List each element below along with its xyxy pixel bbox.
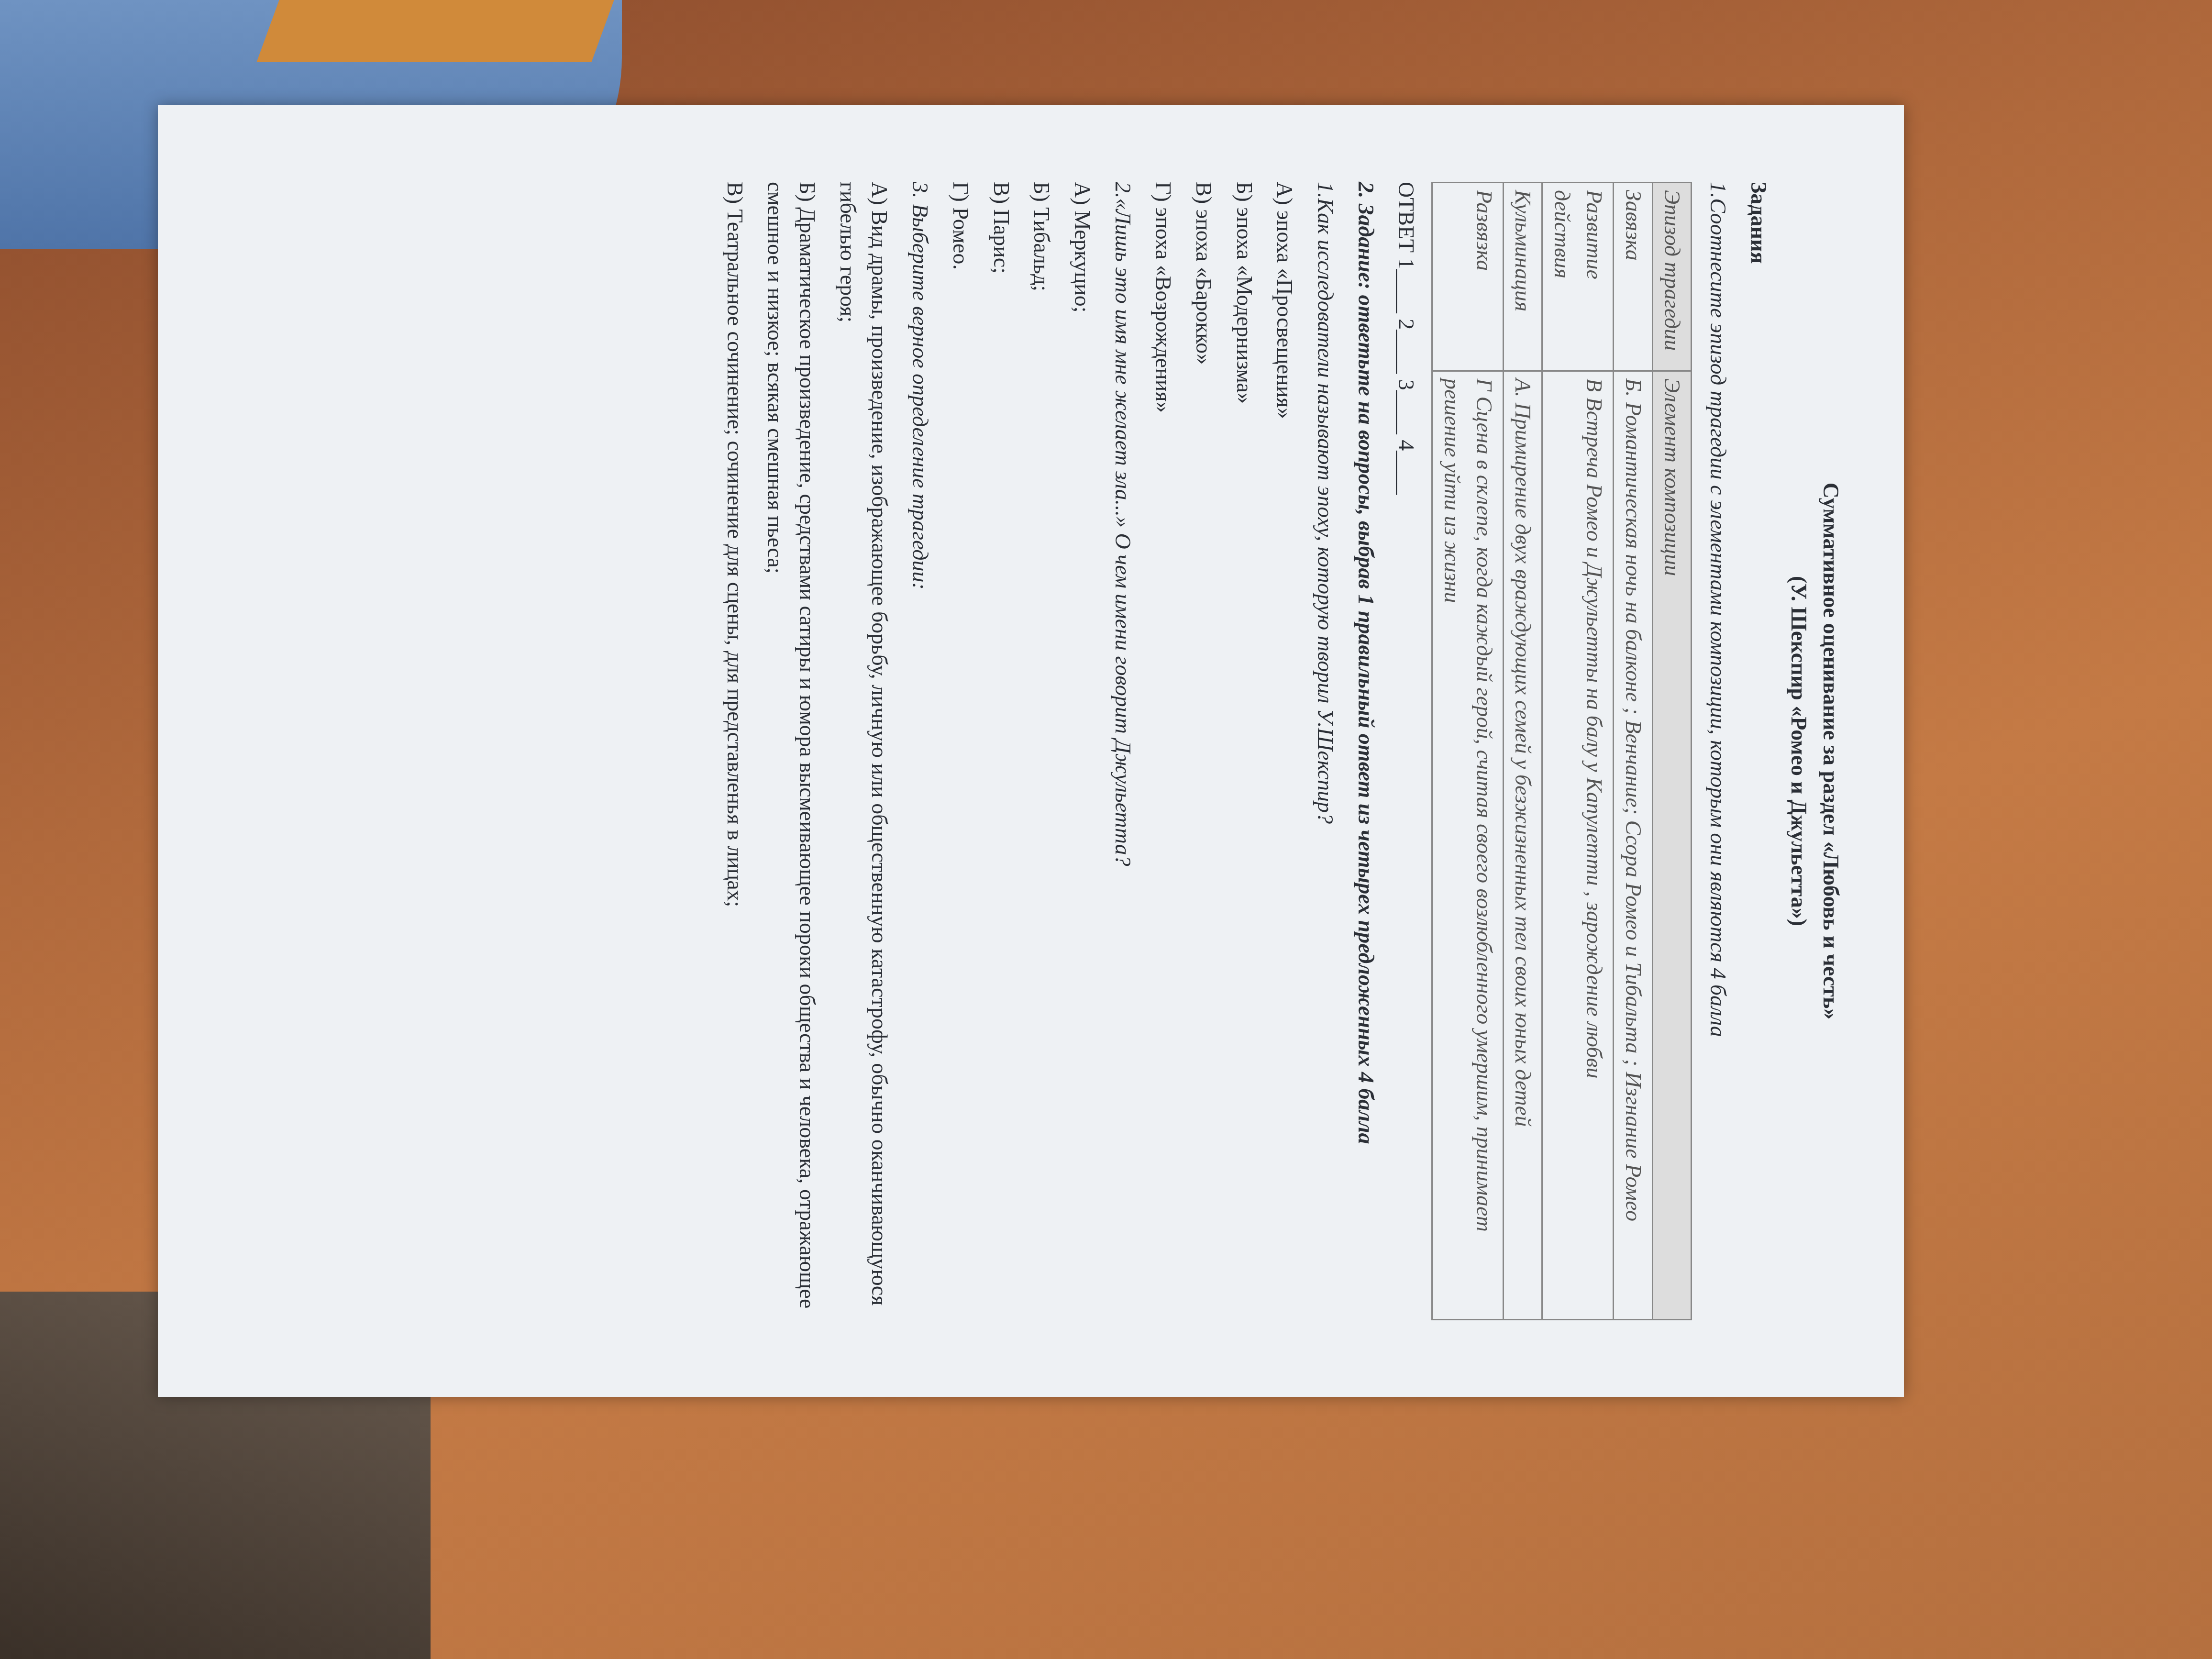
task2-prompt: 2. Задание: ответьте на вопросы, выбрав … (1349, 182, 1382, 1320)
table-cell: В Встреча Ромео и Джульетты на балу у Ка… (1542, 371, 1613, 1319)
table-cell: Развитие действия (1542, 183, 1613, 371)
option: Б) эпоха «Модернизма» (1228, 182, 1260, 1320)
option: А) Меркуцио; (1066, 182, 1098, 1320)
table-cell: Б. Романтическая ночь на балконе ; Венча… (1613, 371, 1652, 1319)
option: В) Театральное сочинение; сочинение для … (719, 182, 751, 1320)
table-row: Кульминация А. Примирение двух враждующи… (1503, 183, 1542, 1320)
composition-table: Эпизод трагедии Элемент композиции Завяз… (1431, 182, 1692, 1320)
option: Г) Ромео. (944, 182, 976, 1320)
table-header: Эпизод трагедии (1652, 183, 1692, 371)
task1-prompt: 1.Соотнесите эпизод трагедии с элементам… (1702, 182, 1734, 1320)
table-row: Завязка Б. Романтическая ночь на балконе… (1613, 183, 1652, 1320)
table-row: Развитие действия В Встреча Ромео и Джул… (1542, 183, 1613, 1320)
option: Б) Драматическое произведение, средствам… (759, 182, 823, 1320)
option: В) Парис; (985, 182, 1017, 1320)
question-3: 3. Выберите верное определение трагедии: (904, 182, 936, 1320)
option: А) Вид драмы, произведение, изображающее… (831, 182, 895, 1320)
question-2: 2.«Лишь это имя мне желает зла...» О чем… (1106, 182, 1139, 1320)
table-cell: Кульминация (1503, 183, 1542, 371)
table-header: Элемент композиции (1652, 371, 1692, 1319)
option: Г) эпоха «Возрождения» (1147, 182, 1179, 1320)
paper-sheet: Суммативное оценивание за раздел «Любовь… (158, 105, 1904, 1397)
doc-title: Суммативное оценивание за раздел «Любовь… (1814, 182, 1847, 1320)
table-cell: Г Сцена в склепе, когда каждый герой, сч… (1432, 371, 1503, 1319)
table-cell: Развязка (1432, 183, 1503, 371)
table-cell: Завязка (1613, 183, 1652, 371)
document-page: Суммативное оценивание за раздел «Любовь… (182, 105, 1904, 1397)
table-cell: А. Примирение двух враждующих семей у бе… (1503, 371, 1542, 1319)
answer-line: ОТВЕТ 1____ 2____ 3____ 4____ (1390, 182, 1422, 1320)
table-row: Развязка Г Сцена в склепе, когда каждый … (1432, 183, 1503, 1320)
option: В) эпоха «Барокко» (1187, 182, 1219, 1320)
doc-subtitle: (У. Шекспир «Ромео и Джульетта») (1783, 182, 1815, 1320)
option: Б) Тибальд; (1026, 182, 1058, 1320)
question-1: 1.Как исследователи называют эпоху, кото… (1309, 182, 1341, 1320)
section-label: Задания (1742, 182, 1774, 1320)
option: А) эпоха «Просвещения» (1269, 182, 1301, 1320)
chair-edge (256, 0, 614, 62)
